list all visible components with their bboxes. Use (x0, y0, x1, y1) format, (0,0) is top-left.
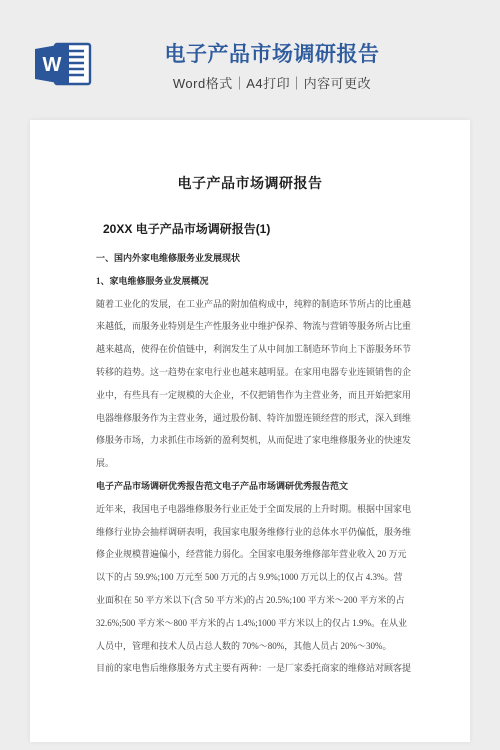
doc-title: 电子产品市场调研报告 (30, 176, 470, 194)
doc-heading: 20XX 电子产品市场调研报告(1) (30, 222, 470, 237)
site-header: W 电子产品市场调研报告 Word格式｜A4打印｜内容可更改 (0, 0, 500, 120)
doc-body: 一、国内外家电维修服务业发展现状 1、家电维修服务业发展概况 随着工业化的发展，… (30, 247, 470, 680)
doc-paragraph: 随着工业化的发展，在工业产品的附加值构成中，纯粹的制造环节所占的比重越 来越低，… (96, 293, 412, 475)
document-preview-page[interactable]: 电子产品市场调研报告 20XX 电子产品市场调研报告(1) 一、国内外家电维修服… (30, 120, 470, 742)
page-background: W 电子产品市场调研报告 Word格式｜A4打印｜内容可更改 电子产品市场调研报… (0, 0, 500, 750)
template-title: 电子产品市场调研报告 (44, 42, 500, 68)
template-subtitle: Word格式｜A4打印｜内容可更改 (44, 76, 500, 91)
doc-section-heading: 一、国内外家电维修服务业发展现状 (96, 247, 412, 270)
doc-paragraph: 近年来，我国电子电器维修服务行业正处于全面发展的上升时期。根据中国家电 维修行业… (96, 498, 412, 658)
doc-subsection-heading: 1、家电维修服务业发展概况 (96, 270, 412, 293)
header-text: 电子产品市场调研报告 Word格式｜A4打印｜内容可更改 (0, 42, 500, 91)
doc-paragraph: 目前的家电售后维修服务方式主要有两种：一是厂家委托商家的维修站对顾客提 (96, 657, 412, 680)
doc-inline-heading: 电子产品市场调研优秀报告范文电子产品市场调研优秀报告范文 (96, 475, 412, 498)
